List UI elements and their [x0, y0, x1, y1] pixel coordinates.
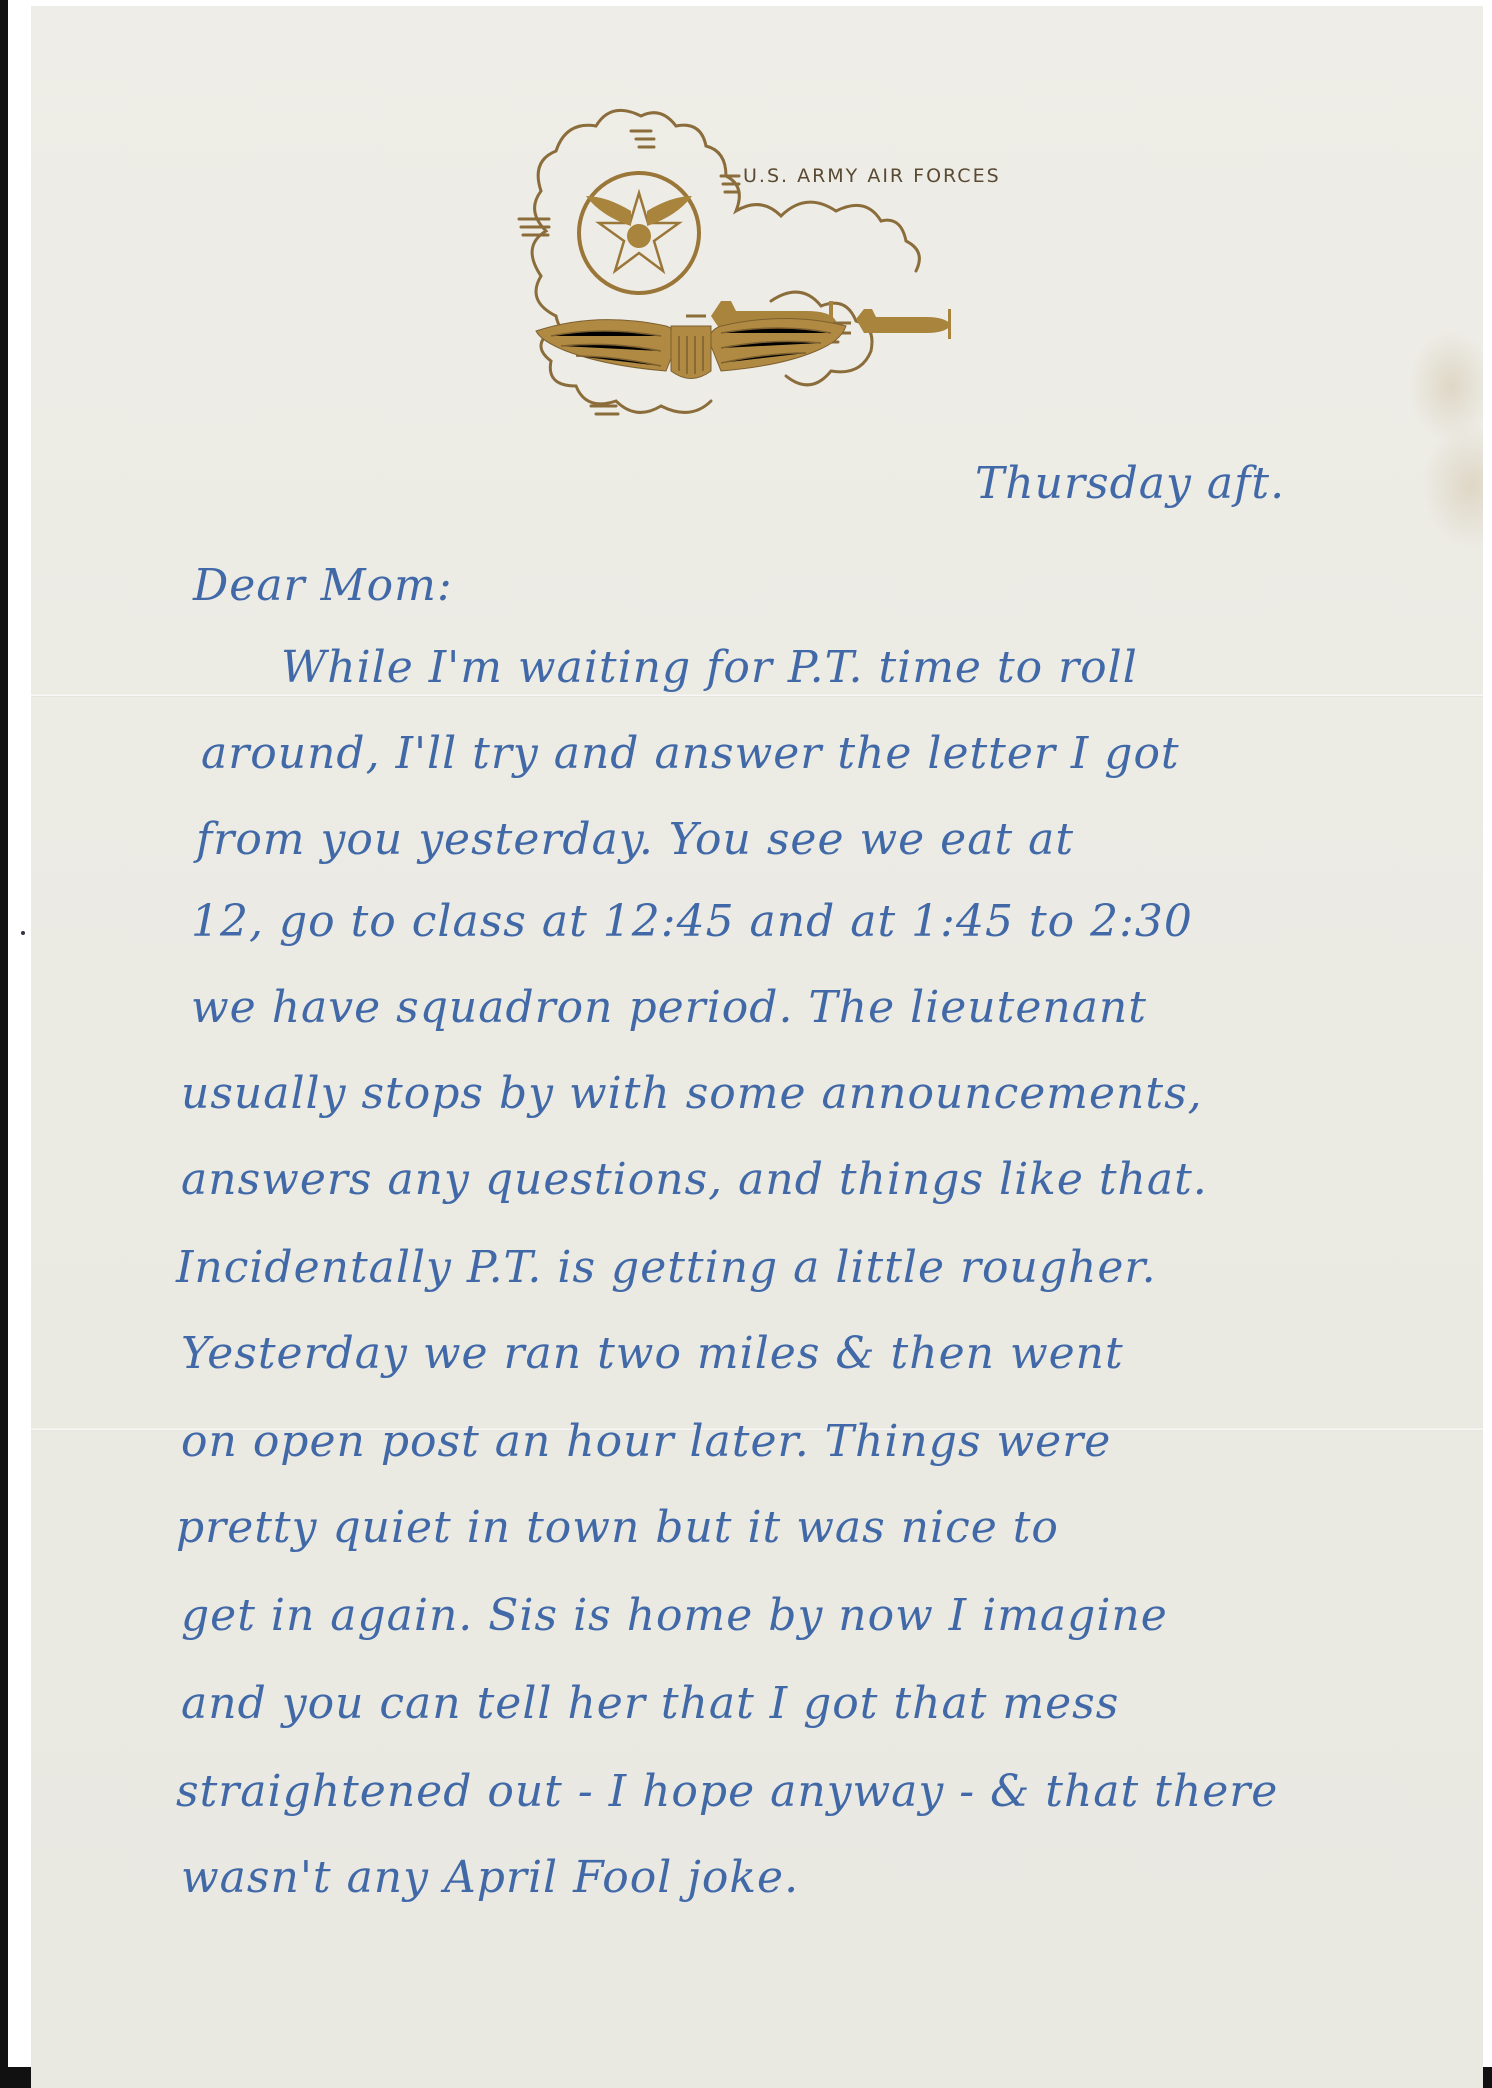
- scan-border-bottom-right: [1483, 2067, 1492, 2088]
- body-line: straightened out - I hope anyway - & tha…: [176, 1766, 1278, 1817]
- body-line: answers any questions, and things like t…: [181, 1154, 1208, 1205]
- letter-paper: U.S. ARMY AIR FORCES Thursday aft. Dear …: [31, 6, 1483, 2088]
- body-line: Yesterday we ran two miles & then went: [181, 1328, 1124, 1379]
- body-line: Incidentally P.T. is getting a little ro…: [176, 1242, 1157, 1293]
- letterhead-title: U.S. ARMY AIR FORCES: [743, 165, 1001, 187]
- scan-border-bottom-left: [0, 2067, 31, 2088]
- scan-border-left: [0, 0, 8, 2088]
- body-line: While I'm waiting for P.T. time to roll: [281, 642, 1138, 693]
- body-line: wasn't any April Fool joke.: [181, 1852, 799, 1903]
- body-line: we have squadron period. The lieutenant: [191, 982, 1147, 1033]
- body-line: pretty quiet in town but it was nice to: [176, 1502, 1059, 1553]
- army-air-forces-emblem-icon: [511, 101, 1031, 421]
- salutation: Dear Mom:: [193, 560, 453, 611]
- fold-crease: [31, 694, 1483, 697]
- body-line: on open post an hour later. Things were: [181, 1416, 1111, 1467]
- body-line: get in again. Sis is home by now I imagi…: [181, 1590, 1168, 1641]
- body-line: around, I'll try and answer the letter I…: [201, 728, 1180, 779]
- letterhead: U.S. ARMY AIR FORCES: [511, 101, 1031, 421]
- body-line: from you yesterday. You see we eat at: [196, 814, 1074, 865]
- margin-mark: [21, 931, 25, 935]
- body-line: usually stops by with some announcements…: [181, 1068, 1203, 1119]
- body-line: and you can tell her that I got that mes…: [181, 1678, 1119, 1729]
- body-line: 12, go to class at 12:45 and at 1:45 to …: [191, 896, 1193, 947]
- date-line: Thursday aft.: [975, 458, 1285, 509]
